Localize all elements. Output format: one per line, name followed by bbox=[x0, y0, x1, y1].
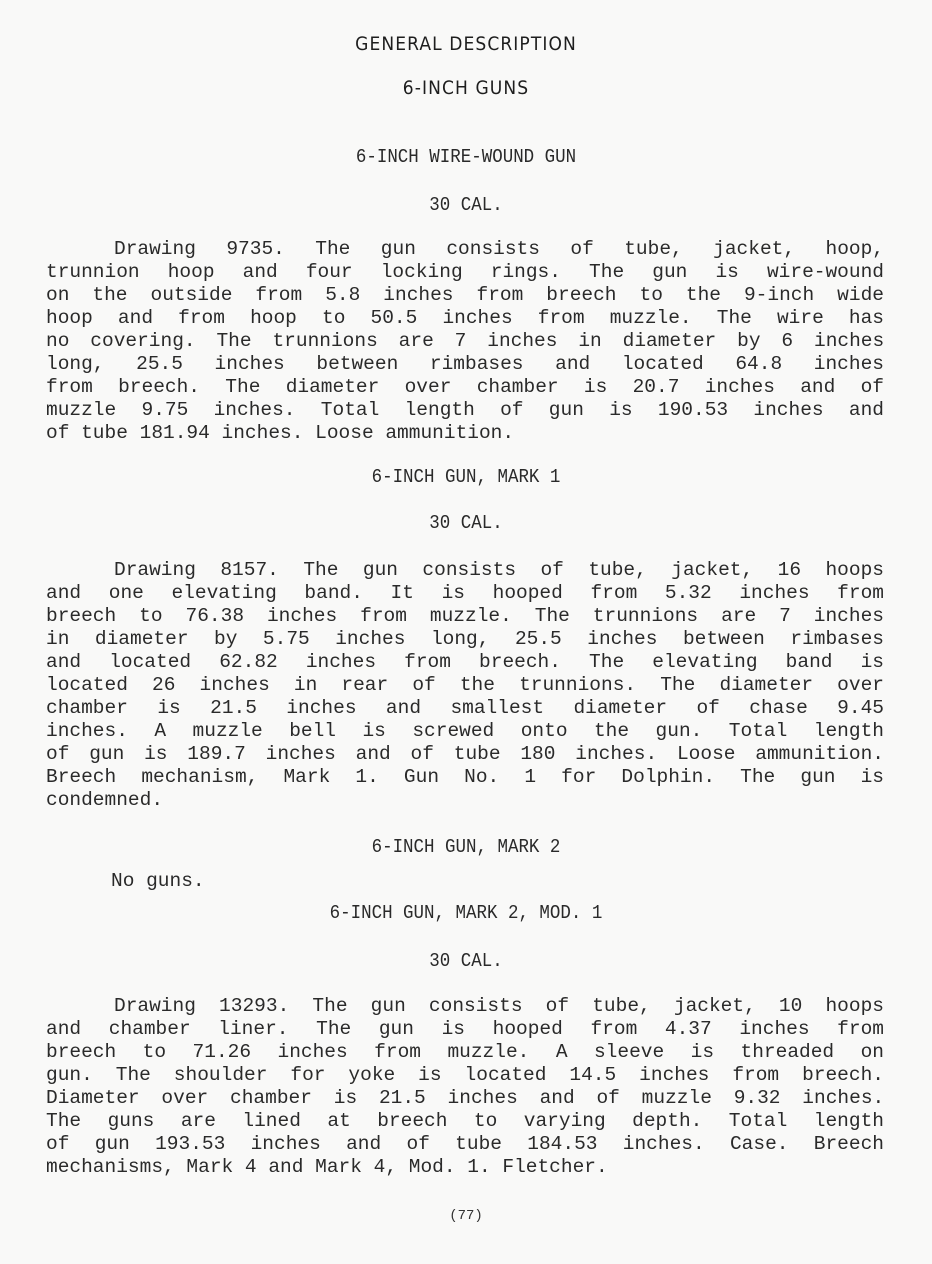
text-line: inches. A muzzle bell is screwed onto th… bbox=[46, 720, 884, 743]
section-heading-mark-2: 6-INCH GUN, MARK 2 bbox=[37, 836, 894, 858]
section-heading-mark-2-mod-1: 6-INCH GUN, MARK 2, MOD. 1 bbox=[37, 902, 894, 924]
text-line: Drawing 8157. The gun consists of tube, … bbox=[46, 559, 884, 582]
text-line: trunnion hoop and four locking rings. Th… bbox=[46, 261, 884, 284]
document-page: GENERAL DESCRIPTION 6-INCH GUNS 6-INCH W… bbox=[0, 0, 932, 1264]
text-line: breech to 71.26 inches from muzzle. A sl… bbox=[46, 1041, 884, 1064]
text-line: breech to 76.38 inches from muzzle. The … bbox=[46, 605, 884, 628]
section-body-wire-wound: Drawing 9735. The gun consists of tube, … bbox=[46, 238, 884, 445]
text-line: hoop and from hoop to 50.5 inches from m… bbox=[46, 307, 884, 330]
text-line: chamber is 21.5 inches and smallest diam… bbox=[46, 697, 884, 720]
text-line: on the outside from 5.8 inches from bree… bbox=[46, 284, 884, 307]
text-line: gun. The shoulder for yoke is located 14… bbox=[46, 1064, 884, 1087]
section-body-mark-2-mod-1: Drawing 13293. The gun consists of tube,… bbox=[46, 995, 884, 1179]
page-number: (77) bbox=[0, 1208, 932, 1224]
text-line: and located 62.82 inches from breech. Th… bbox=[46, 651, 884, 674]
text-line: muzzle 9.75 inches. Total length of gun … bbox=[46, 399, 884, 422]
text-line: Drawing 13293. The gun consists of tube,… bbox=[46, 995, 884, 1018]
document-title: GENERAL DESCRIPTION bbox=[47, 33, 886, 55]
text-line: and one elevating band. It is hooped fro… bbox=[46, 582, 884, 605]
section-caliber-wire-wound: 30 CAL. bbox=[37, 194, 894, 216]
text-line: Drawing 9735. The gun consists of tube, … bbox=[46, 238, 884, 261]
text-line: from breech. The diameter over chamber i… bbox=[46, 376, 884, 399]
text-line: condemned. bbox=[46, 789, 884, 812]
text-line: Diameter over chamber is 21.5 inches and… bbox=[46, 1087, 884, 1110]
document-subtitle: 6-INCH GUNS bbox=[47, 77, 886, 99]
text-line: no covering. The trunnions are 7 inches … bbox=[46, 330, 884, 353]
section-heading-mark-1: 6-INCH GUN, MARK 1 bbox=[37, 466, 894, 488]
text-line: and chamber liner. The gun is hooped fro… bbox=[46, 1018, 884, 1041]
text-line: of gun 193.53 inches and of tube 184.53 … bbox=[46, 1133, 884, 1156]
text-line: mechanisms, Mark 4 and Mark 4, Mod. 1. F… bbox=[46, 1156, 884, 1179]
section-caliber-mark-1: 30 CAL. bbox=[37, 512, 894, 534]
text-line: long, 25.5 inches between rimbases and l… bbox=[46, 353, 884, 376]
section-body-mark-1: Drawing 8157. The gun consists of tube, … bbox=[46, 559, 884, 812]
text-line: of gun is 189.7 inches and of tube 180 i… bbox=[46, 743, 884, 766]
section-note-mark-2: No guns. bbox=[111, 870, 205, 892]
section-heading-wire-wound: 6-INCH WIRE-WOUND GUN bbox=[37, 146, 894, 168]
text-line: of tube 181.94 inches. Loose ammunition. bbox=[46, 422, 884, 445]
text-line: located 26 inches in rear of the trunnio… bbox=[46, 674, 884, 697]
text-line: in diameter by 5.75 inches long, 25.5 in… bbox=[46, 628, 884, 651]
section-caliber-mark-2-mod-1: 30 CAL. bbox=[37, 950, 894, 972]
text-line: The guns are lined at breech to varying … bbox=[46, 1110, 884, 1133]
text-line: Breech mechanism, Mark 1. Gun No. 1 for … bbox=[46, 766, 884, 789]
